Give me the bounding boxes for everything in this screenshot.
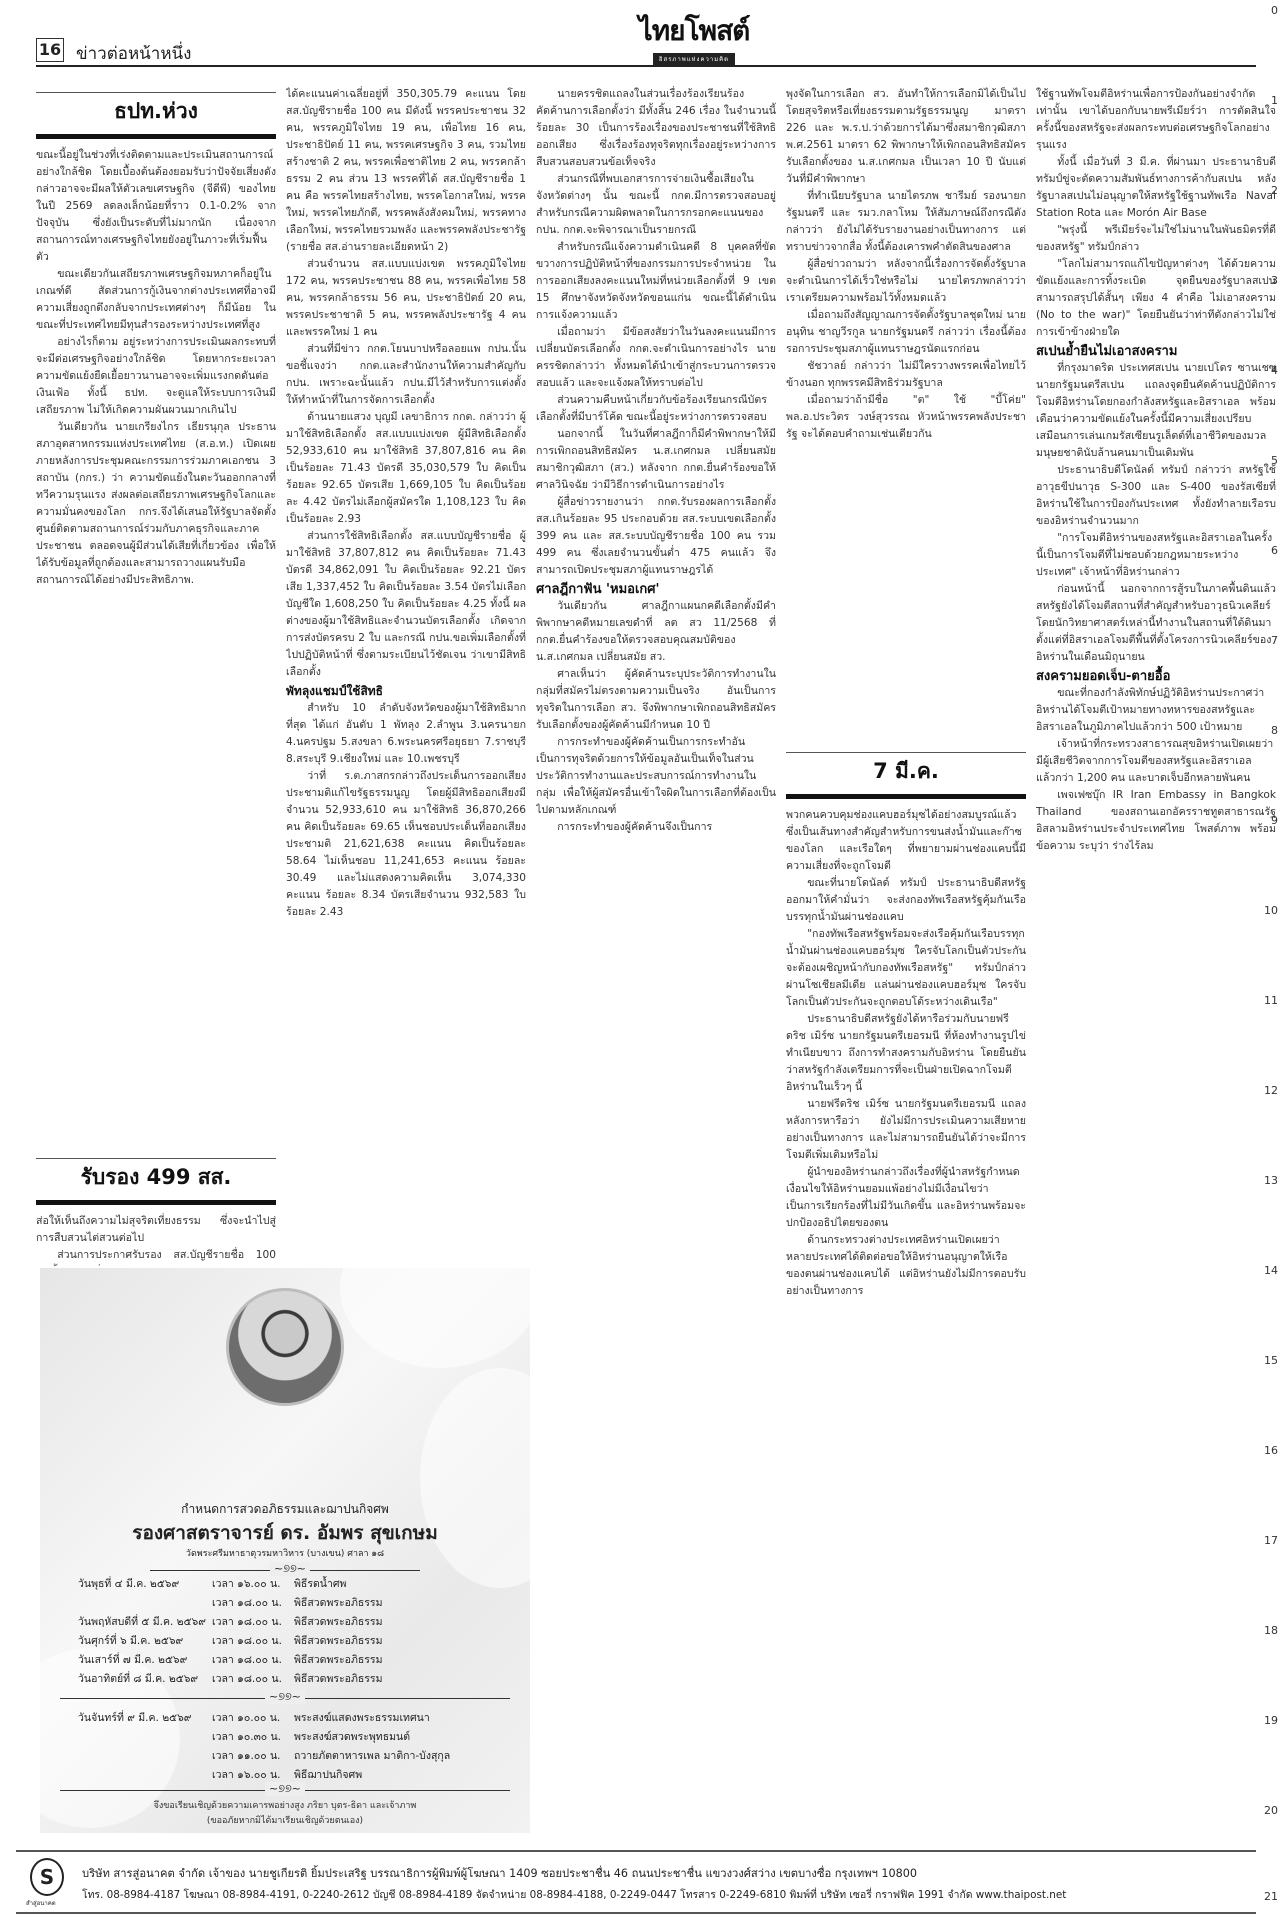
paragraph: ทั้งนี้ เมื่อวันที่ 3 มี.ค. ที่ผ่านมา ปร… [1036,154,1276,222]
apology-text: (ขออภัยหากมิได้มาเรียนเชิญด้วยตนเอง) [40,1813,530,1827]
column-1: ธปท.ห่วง ขณะนี้อยู่ในช่วงที่เร่งติดตามแล… [36,86,276,1261]
paragraph: ว่าที่ ร.ต.ภาสกรกล่าวถึงประเด็นการออกเสี… [286,768,526,921]
paragraph: "การโจมตีอิหร่านของสหรัฐและอิสราเอลในครั… [1036,530,1276,581]
memorial-notice: กำหนดการสวดอภิธรรมและฌาปนกิจศพ รองศาสตรา… [40,1268,530,1833]
paragraph: เมื่อถามว่า มีข้อสงสัยว่าในวันลงคะแนนมีก… [536,324,776,392]
paragraph: ผู้สื่อข่าวถามว่า หลังจากนี้เรื่องการจัด… [786,256,1026,307]
paragraph: ขณะนี้อยู่ในช่วงที่เร่งติดตามและประเมินส… [36,147,276,266]
paragraph: ด้านนายแสวง บุญมี เลขาธิการ กกต. กล่าวว่… [286,409,526,528]
paragraph: ส่วนความคืบหน้าเกี่ยวกับข้อร้องเรียนกรณี… [536,392,776,426]
masthead-logo: ไทยโพสต์ อิสรภาพแห่งความคิด [634,16,754,58]
brand-name: ไทยโพสต์ [634,16,754,46]
subheading-phatthalung: พัทลุงแชมป์ใช้สิทธิ [286,683,526,700]
paragraph: ขณะเดียวกันเสถียรภาพเศรษฐกิจมหภาคก็อยู่ใ… [36,266,276,334]
paragraph: สำหรับ 10 ลำดับจังหวัดของผู้มาใช้สิทธิมา… [286,700,526,768]
paragraph: พุงจัดในการเลือก สว. อันทำให้การเลือกมิไ… [786,86,1026,188]
brand-tagline: อิสรภาพแห่งความคิด [653,53,735,65]
paragraph: ใช้ฐานทัพโจมตีอิหร่านเพื่อการป้องกันอย่า… [1036,86,1276,154]
paragraph: เมื่อถามว่าถ้ามีชื่อ "ต" ใช้ "บี้โค่ย" พ… [786,392,1026,443]
headline-certify-499: รับรอง 499 สส. [36,1158,276,1205]
schedule-row: วันอาทิตย์ที่ ๘ มี.ค. ๒๕๖๙เวลา ๑๘.๐๐ น.พ… [78,1669,498,1688]
paragraph: ที่กรุงมาดริด ประเทศสเปน นายเปโดร ซานเชซ… [1036,360,1276,462]
schedule-row: วันจันทร์ที่ ๙ มี.ค. ๒๕๖๙เวลา ๑๐.๐๐ น.พร… [78,1708,498,1727]
paragraph: ส่วนจำนวน สส.แบบแบ่งเขต พรรคภูมิใจไทย 17… [286,256,526,341]
paragraph: สำหรับกรณีแจ้งความดำเนินคดี 8 บุคคลที่ขั… [536,239,776,324]
ornament-divider: ~୭୭~ [60,1790,510,1791]
imprint-line-1: บริษัท สารสู่อนาคต จำกัด เจ้าของ นายชูเก… [82,1864,917,1882]
paragraph: ประธานาธิบดีโดนัลด์ ทรัมป์ กล่าวว่า สหรั… [1036,462,1276,530]
ornament-divider: ~୭୭~ [150,1570,420,1571]
schedule-block-1: วันพุธที่ ๔ มี.ค. ๒๕๖๙เวลา ๑๖.๐๐ น.พิธีร… [78,1574,498,1688]
paragraph: ประธานาธิบดีสหรัฐยังได้หารือร่วมกับนายฟร… [786,1011,1026,1096]
paragraph: "พรุ่งนี้ พรีเมียร์จะไม่ใช่ไม่นานในพันธม… [1036,222,1276,256]
newspaper-page: 16 ข่าวต่อหน้าหนึ่ง ไทยโพสต์ อิสรภาพแห่ง… [0,0,1286,1920]
ornament-divider: ~୭୭~ [60,1698,510,1699]
paragraph: ที่ทำเนียบรัฐบาล นายไตรภพ ชารีมย์ รองนาย… [786,188,1026,256]
subheading-spain: สเปนย้ำยืนไม่เอาสงคราม [1036,343,1276,360]
invitation-text: จึงขอเรียนเชิญด้วยความเคารพอย่างสูง ภริย… [40,1798,530,1812]
memorial-heading: กำหนดการสวดอภิธรรมและฌาปนกิจศพ [40,1500,530,1519]
paragraph: เจ้าหน้าที่กระทรวงสาธารณสุขอิหร่านเปิดเผ… [1036,736,1276,787]
schedule-row: เวลา ๑๑.๐๐ น.ถวายภัตตาหารเพล มาติกา-บังส… [78,1746,498,1765]
paragraph: ผู้นำของอิหร่านกล่าวถึงเรื่องที่ผู้นำสหร… [786,1164,1026,1232]
paragraph: วันเดียวกัน นายเกรียงไกร เธียรนุกุล ประธ… [36,419,276,589]
paragraph: เมื่อถามถึงสัญญาณการจัดตั้งรัฐบาลชุดใหม่… [786,307,1026,358]
paragraph: นอกจากนี้ ในวันที่ศาลฎีกาก็มีคำพิพากษาให… [536,426,776,494]
header-rule [36,65,1256,67]
paragraph: ก่อนหน้านี้ นอกจากการสู้รบในภาคพื้นดินแล… [1036,581,1276,666]
publisher-logo-caption: สำสู่อนาคต [26,1898,56,1908]
paragraph: พวกคนควบคุมช่องแคบฮอร์มุซได้อย่างสมบูรณ์… [786,807,1026,875]
paragraph: ส่วนการใช้สิทธิเลือกตั้ง สส.แบบบัญชีรายช… [286,528,526,681]
paragraph: ส่วนกรณีที่พบเอกสารการจ่ายเงินซื้อเสียงใ… [536,171,776,239]
schedule-row: วันเสาร์ที่ ๗ มี.ค. ๒๕๖๙เวลา ๑๘.๐๐ น.พิธ… [78,1650,498,1669]
schedule-row: วันศุกร์ที่ ๖ มี.ค. ๒๕๖๙เวลา ๑๘.๐๐ น.พิธ… [78,1631,498,1650]
flower-decoration [340,1268,530,1368]
section-title: ข่าวต่อหน้าหนึ่ง [76,40,191,67]
paragraph: ชัชวาลย์ กล่าวว่า ไม่มีใครวางพรรคเพื่อไท… [786,358,1026,392]
paragraph: ส่วนการประกาศรับรอง สส.บัญชีรายชื่อ 100 … [36,1247,276,1266]
row-marker: 0 [1271,4,1278,17]
schedule-row: วันพุธที่ ๔ มี.ค. ๒๕๖๙เวลา ๑๖.๐๐ น.พิธีร… [78,1574,498,1593]
paragraph: นายฟรีดริช เมิร์ซ นายกรัฐมนตรีเยอรมนี แถ… [786,1096,1026,1164]
publisher-logo-icon: S [30,1858,64,1896]
deceased-name: รองศาสตราจารย์ ดร. อัมพร สุขเกษม [40,1518,530,1548]
column-5: ใช้ฐานทัพโจมตีอิหร่านเพื่อการป้องกันอย่า… [1036,86,1276,1836]
paragraph: "กองทัพเรือสหรัฐพร้อมจะส่งเรือคุ้มกันเรื… [786,926,1026,1011]
column-1-lower: รับรอง 499 สส. ส่อให้เห็นถึงความไม่สุจริ… [36,1158,276,1266]
column-2: ได้คะแนนค่าเฉลี่ยอยู่ที่ 350,305.79 คะแน… [286,86,526,1266]
paragraph: เพจเฟซบุ๊ก IR Iran Embassy in Bangkok Th… [1036,787,1276,855]
column-4-lower: 7 มี.ค. พวกคนควบคุมช่องแคบฮอร์มุซได้อย่า… [786,752,1026,1832]
paragraph: ส่อให้เห็นถึงความไม่สุจริตเที่ยงธรรม ซึ่… [36,1213,276,1247]
paragraph: วันเดียวกัน ศาลฎีกาแผนกคดีเลือกตั้งมีคำพ… [536,598,776,666]
schedule-row: เวลา ๑๘.๐๐ น.พิธีสวดพระอภิธรรม [78,1593,498,1612]
paragraph: ศาลเห็นว่า ผู้คัดค้านระบุประวัติการทำงาน… [536,666,776,734]
paragraph: ผู้สื่อข่าวรายงานว่า กกต.รับรองผลการเลือ… [536,494,776,579]
headline-march-7: 7 มี.ค. [786,752,1026,799]
paragraph: "โลกไม่สามารถแก้ไขปัญหาต่างๆ ได้ด้วยความ… [1036,256,1276,341]
schedule-row: วันพฤหัสบดีที่ ๕ มี.ค. ๒๕๖๙เวลา ๑๘.๐๐ น.… [78,1612,498,1631]
paragraph: ขณะที่นายโดนัลด์ ทรัมป์ ประธานาธิบดีสหรั… [786,875,1026,926]
schedule-block-2: วันจันทร์ที่ ๙ มี.ค. ๒๕๖๙เวลา ๑๐.๐๐ น.พร… [78,1708,498,1784]
subheading-court-ruling: ศาลฎีกาฟัน 'หมอเกศ' [536,581,776,598]
headline-bot-concern: ธปท.ห่วง [36,92,276,139]
page-header: 16 ข่าวต่อหน้าหนึ่ง ไทยโพสต์ อิสรภาพแห่ง… [36,38,1256,64]
publisher-imprint: S สำสู่อนาคต บริษัท สารสู่อนาคต จำกัด เจ… [16,1850,1256,1914]
portrait-photo [226,1288,344,1406]
column-4: พุงจัดในการเลือก สว. อันทำให้การเลือกมิไ… [786,86,1026,756]
paragraph: ด้านกระทรวงต่างประเทศอิหร่านเปิดเผยว่า ห… [786,1232,1026,1300]
imprint-line-2: โทร. 08-8984-4187 โฆษณา 08-8984-4191, 0-… [82,1886,1066,1903]
venue: วัดพระศรีมหาธาตุวรมหาวิหาร (บางเขน) ศาลา… [40,1546,530,1560]
paragraph: อย่างไรก็ตาม อยู่ระหว่างการประเมินผลกระท… [36,334,276,419]
row-marker: 21 [1264,1890,1278,1903]
subheading-war-casualties: สงครามยอดเจ็บ-ตายอื้อ [1036,668,1276,685]
paragraph: ขณะที่กองกำลังพิทักษ์ปฏิวัติอิหร่านประกา… [1036,685,1276,736]
page-number: 16 [36,38,64,62]
schedule-row: เวลา ๑๐.๓๐ น.พระสงฆ์สวดพระพุทธมนต์ [78,1727,498,1746]
paragraph: นายครรชิตแถลงในส่วนเรื่องร้องเรียนร้องคั… [536,86,776,171]
paragraph: ส่วนที่มีข่าว กกต.โยนบาปหรือลอยแพ กปน.นั… [286,341,526,409]
paragraph: ได้คะแนนค่าเฉลี่ยอยู่ที่ 350,305.79 คะแน… [286,86,526,256]
